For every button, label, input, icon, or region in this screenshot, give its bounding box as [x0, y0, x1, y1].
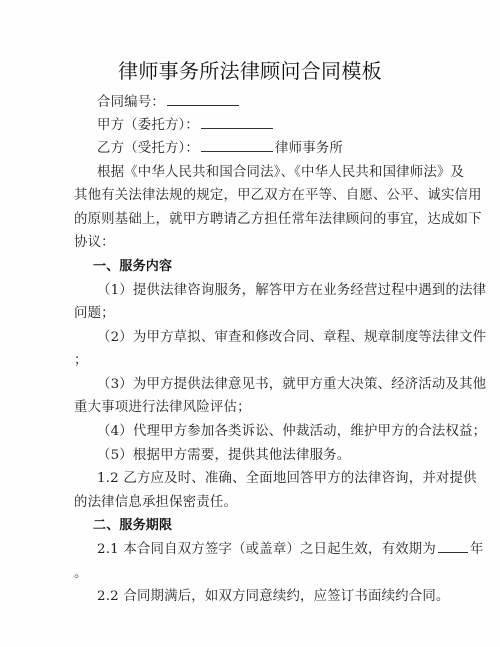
party-b-blank[interactable] — [201, 137, 273, 152]
party-a-label: 甲方（委托方）： — [97, 118, 199, 133]
service-item-1: （1）提供法律咨询服务，解答甲方在业务经营过程中遇到的法律 — [97, 279, 442, 302]
service-item-1-cont: 问题； — [74, 302, 419, 325]
contract-number-blank[interactable] — [167, 91, 239, 106]
party-b-line: 乙方（受托方）：律师事务所 — [97, 137, 442, 160]
preamble-line: 其他有关法律法规的规定，甲乙双方在平等、自愿、公平、诚实信用 — [74, 184, 419, 207]
section-heading-service-content: 一、服务内容 — [93, 255, 438, 278]
document-title: 律师事务所法律顾问合同模板 — [0, 58, 500, 84]
section-heading-service-term: 二、服务期限 — [93, 514, 438, 537]
party-b-label: 乙方（受托方）： — [97, 141, 199, 156]
clause-2-1-suffix: 年 — [470, 542, 484, 557]
party-b-suffix: 律师事务所 — [275, 141, 343, 156]
party-a-line: 甲方（委托方）： — [97, 114, 442, 137]
clause-1-2-cont: 的法律信息承担保密责任。 — [74, 491, 419, 514]
document-page: 律师事务所法律顾问合同模板 合同编号： 甲方（委托方）： 乙方（受托方）：律师事… — [0, 0, 500, 647]
service-item-5: （5）根据甲方需要，提供其他法律服务。 — [97, 444, 442, 467]
service-item-2: （2）为甲方草拟、审查和修改合同、章程、规章制度等法律文件 — [97, 326, 442, 349]
service-item-3: （3）为甲方提供法律意见书，就甲方重大决策、经济活动及其他 — [97, 373, 442, 396]
clause-2-1: 2.1 本合同自双方签字（或盖章）之日起生效，有效期为年 — [97, 538, 442, 561]
preamble-line: 根据《中华人民共和国合同法》、《中华人民共和国律师法》及 — [97, 161, 442, 184]
preamble-line: 的原则基础上，就甲方聘请乙方担任常年法律顾问的事宜，达成如下 — [74, 208, 419, 231]
term-years-blank[interactable] — [438, 538, 468, 553]
contract-number-line: 合同编号： — [97, 91, 442, 114]
preamble-line: 协议： — [74, 231, 419, 254]
contract-number-label: 合同编号： — [97, 95, 165, 110]
service-item-2-cont: ； — [74, 349, 419, 372]
party-a-blank[interactable] — [201, 114, 273, 129]
clause-2-1-cont: 。 — [74, 562, 419, 585]
clause-1-2: 1.2 乙方应及时、准确、全面地回答甲方的法律咨询，并对提供 — [97, 467, 442, 490]
service-item-4: （4）代理甲方参加各类诉讼、仲裁活动，维护甲方的合法权益； — [97, 420, 442, 443]
clause-2-1-text: 2.1 本合同自双方签字（或盖章）之日起生效，有效期为 — [97, 542, 436, 557]
service-item-3-cont: 重大事项进行法律风险评估； — [74, 396, 419, 419]
clause-2-2: 2.2 合同期满后，如双方同意续约，应签订书面续约合同。 — [97, 585, 442, 608]
